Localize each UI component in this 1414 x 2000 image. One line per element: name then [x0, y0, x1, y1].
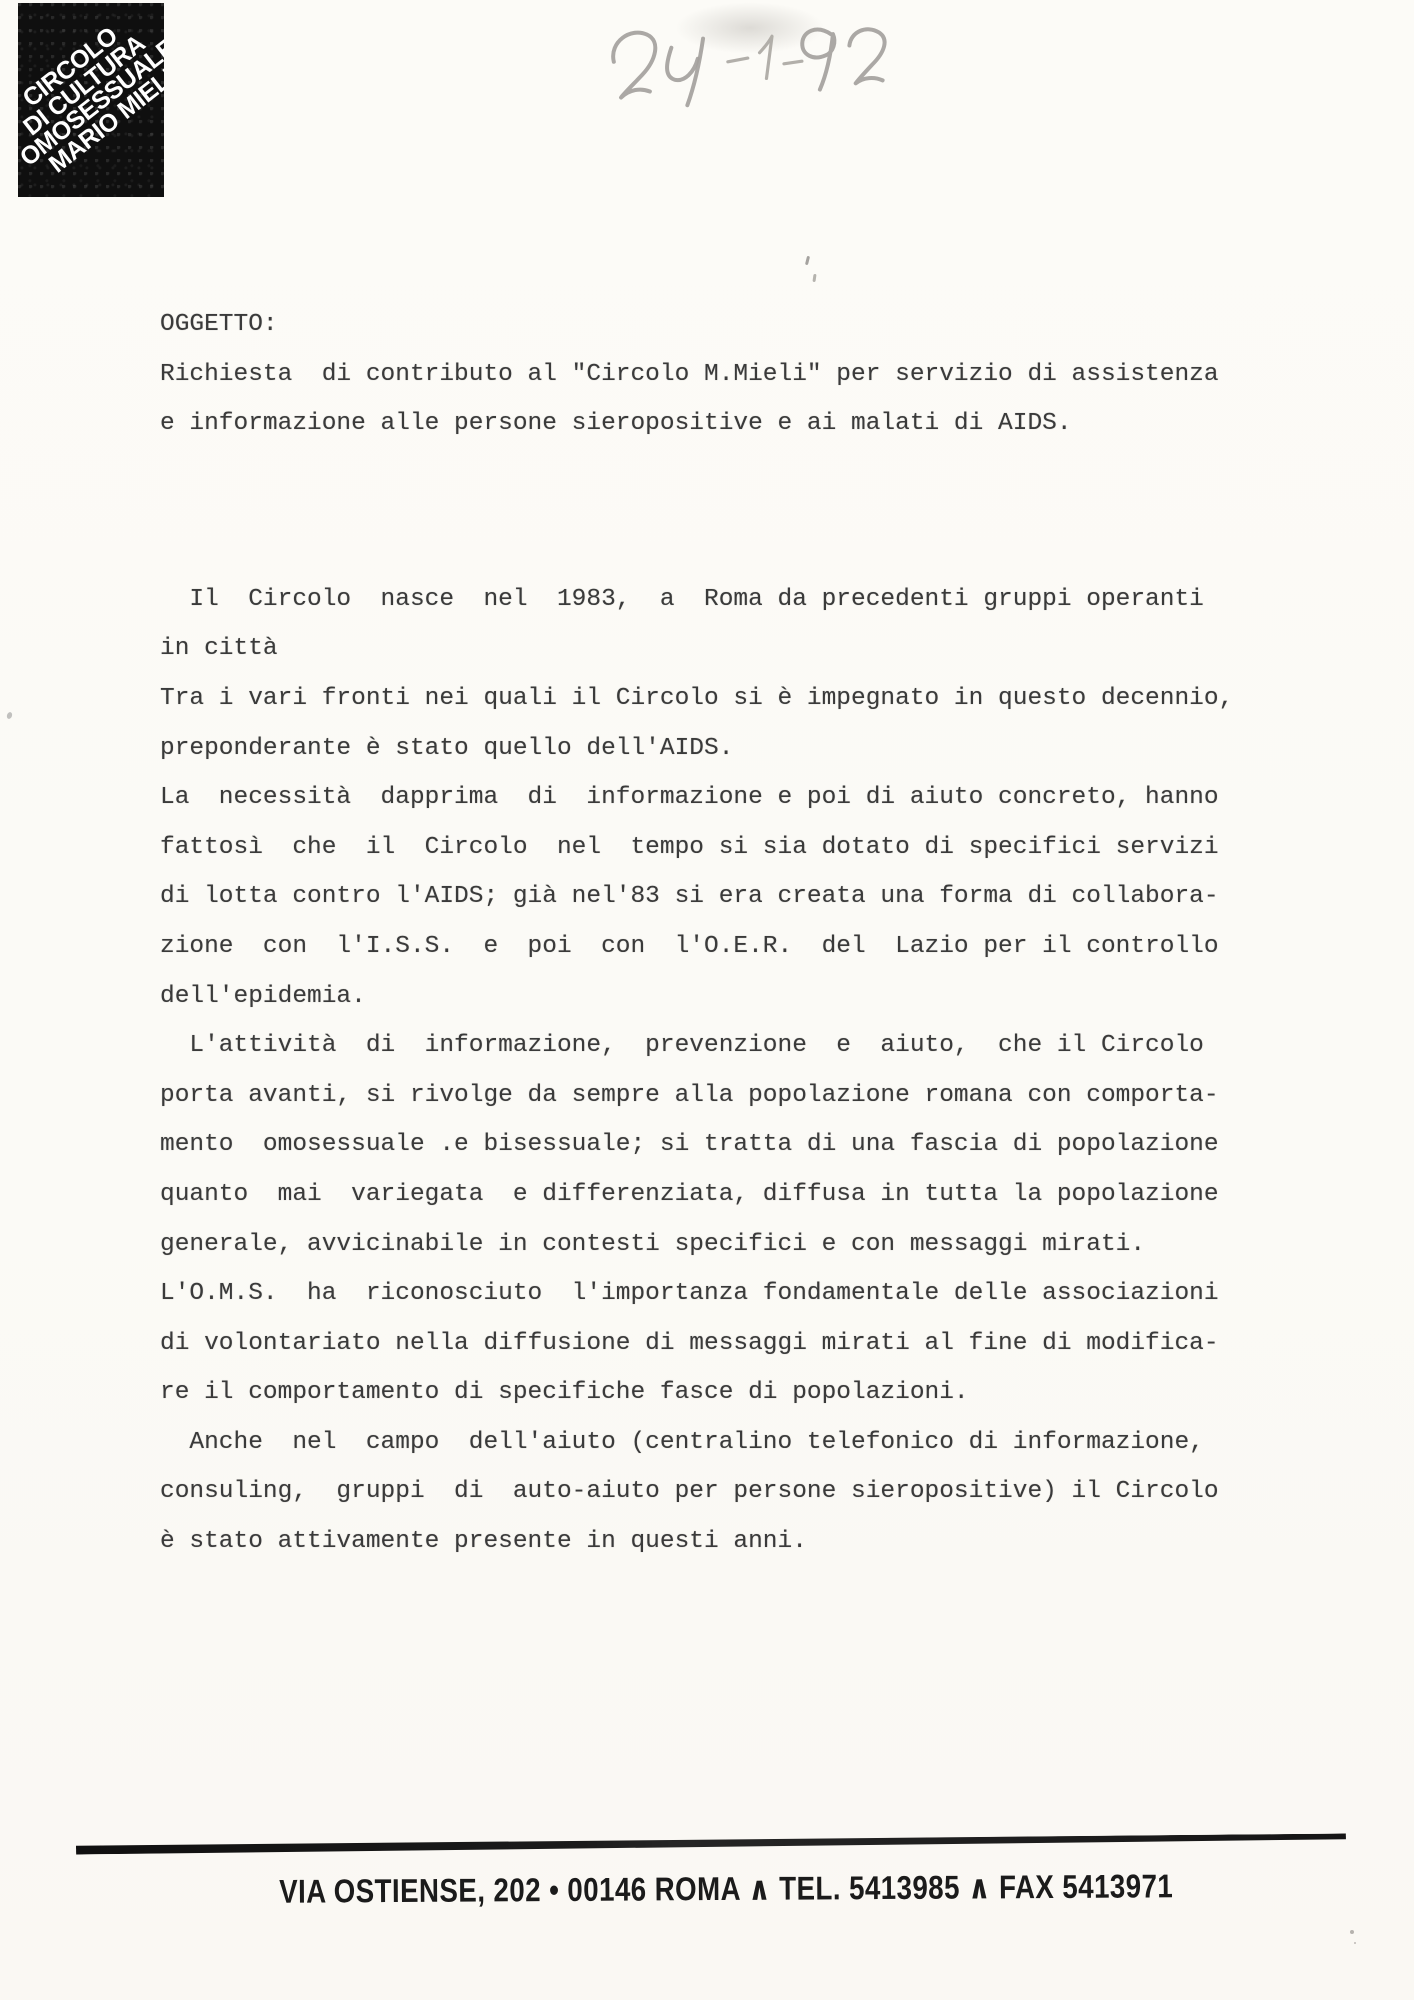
body-line: in città: [160, 624, 1270, 674]
scan-artifact: [805, 256, 810, 265]
body-line: consuling, gruppi di auto-aiuto per pers…: [160, 1467, 1270, 1517]
body-line: dell'epidemia.: [160, 972, 1270, 1022]
handwritten-date: [598, 10, 901, 120]
body-line: re il comportamento di specifiche fasce …: [160, 1368, 1270, 1418]
hyphen-stroke: [728, 58, 748, 62]
body-line: quanto mai variegata e differenziata, di…: [160, 1170, 1270, 1220]
body-line: porta avanti, si rivolge da sempre alla …: [160, 1071, 1270, 1121]
digit-2-stroke: [849, 29, 886, 84]
body-line: Tra i vari fronti nei quali il Circolo s…: [160, 674, 1270, 724]
body-line: preponderante è stato quello dell'AIDS.: [160, 724, 1270, 774]
body-line: Anche nel campo dell'aiuto (centralino t…: [160, 1418, 1270, 1468]
digit-9-stroke: [802, 29, 836, 90]
org-logo: CIRCOLO DI CULTURA OMOSESSUALE MARIO MIE…: [18, 3, 164, 197]
digit-4-stem-stroke: [685, 39, 705, 106]
footer-address-text: VIA OSTIENSE, 202 • 00146 ROMA ∧ TEL. 54…: [279, 1866, 1173, 1910]
digit-1-stroke: [759, 36, 773, 78]
body-line: L'attività di informazione, prevenzione …: [160, 1021, 1270, 1071]
body-line: fattosì che il Circolo nel tempo si sia …: [160, 823, 1270, 873]
body-line: di lotta contro l'AIDS; già nel'83 si er…: [160, 872, 1270, 922]
body-line: mento omosessuale .e bisessuale; si trat…: [160, 1120, 1270, 1170]
scan-artifact: [6, 711, 13, 719]
footer-address: VIA OSTIENSE, 202 • 00146 ROMA ∧ TEL. 54…: [19, 1865, 1414, 1913]
scanned-letter-page: CIRCOLO DI CULTURA OMOSESSUALE MARIO MIE…: [0, 0, 1414, 2000]
body-line: zione con l'I.S.S. e poi con l'O.E.R. de…: [160, 922, 1270, 972]
body-line: Il Circolo nasce nel 1983, a Roma da pre…: [160, 575, 1270, 625]
letter-body: OGGETTO: Richiesta di contributo al "Cir…: [160, 300, 1270, 1567]
subject-line: Richiesta di contributo al "Circolo M.Mi…: [160, 350, 1270, 400]
body-line: è stato attivamente presente in questi a…: [160, 1517, 1270, 1567]
digit-2-stroke: [612, 32, 657, 98]
scan-artifact: [1350, 1930, 1354, 1934]
body-line: generale, avvicinabile in contesti speci…: [160, 1220, 1270, 1270]
hyphen-stroke: [784, 61, 802, 64]
body-line: La necessità dapprima di informazione e …: [160, 773, 1270, 823]
subject-label: OGGETTO:: [160, 300, 1270, 350]
org-logo-text: CIRCOLO DI CULTURA OMOSESSUALE MARIO MIE…: [18, 3, 164, 197]
subject-line: e informazione alle persone sieropositiv…: [160, 399, 1270, 449]
footer-rule: [76, 1833, 1346, 1854]
body-line: di volontariato nella diffusione di mess…: [160, 1319, 1270, 1369]
scan-artifact: [812, 274, 816, 282]
body-line: L'O.M.S. ha riconosciuto l'importanza fo…: [160, 1269, 1270, 1319]
digit-4-bowl-stroke: [666, 47, 698, 81]
